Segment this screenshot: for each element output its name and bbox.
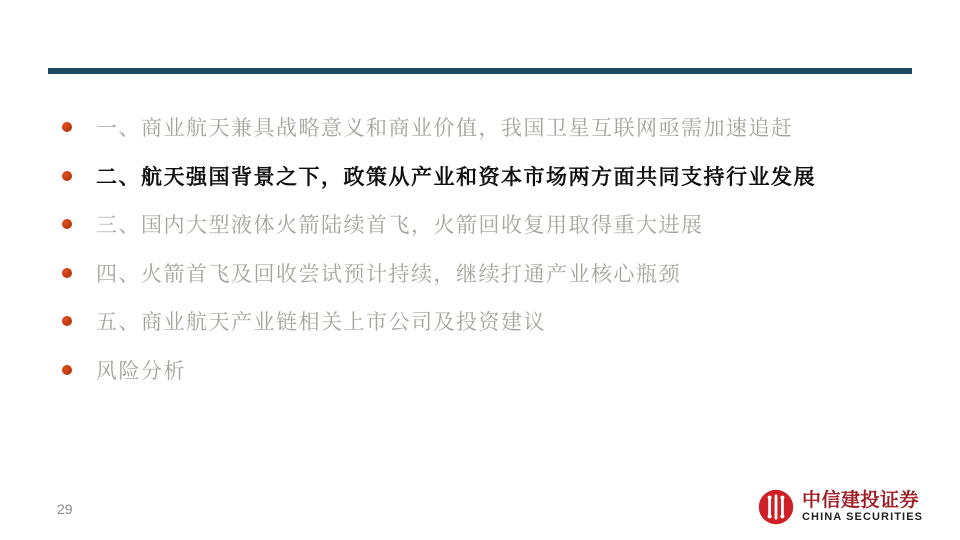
toc-item-risk: 风险分析 (62, 346, 922, 395)
toc-item-4: 四、火箭首飞及回收尝试预计持续，继续打通产业核心瓶颈 (62, 249, 922, 298)
bullet-icon (62, 365, 72, 375)
logo-cn-name: 中信建投证券 (802, 490, 923, 511)
page-number: 29 (57, 501, 73, 517)
citic-emblem-icon (758, 489, 794, 525)
toc-item-label: 二、航天强国背景之下，政策从产业和资本市场两方面共同支持行业发展 (96, 161, 816, 191)
logo-en-name: CHINA SECURITIES (802, 511, 923, 524)
toc-item-label: 五、商业航天产业链相关上市公司及投资建议 (96, 306, 546, 336)
table-of-contents: 一、商业航天兼具战略意义和商业价值，我国卫星互联网亟需加速追赶 二、航天强国背景… (62, 103, 922, 394)
bullet-icon (62, 316, 72, 326)
toc-item-2-active: 二、航天强国背景之下，政策从产业和资本市场两方面共同支持行业发展 (62, 152, 922, 201)
toc-item-5: 五、商业航天产业链相关上市公司及投资建议 (62, 297, 922, 346)
logo-wordmark: 中信建投证券 CHINA SECURITIES (802, 490, 923, 524)
bullet-icon (62, 219, 72, 229)
toc-item-label: 一、商业航天兼具战略意义和商业价值，我国卫星互联网亟需加速追赶 (96, 112, 794, 142)
bullet-icon (62, 171, 72, 181)
toc-item-label: 四、火箭首飞及回收尝试预计持续，继续打通产业核心瓶颈 (96, 258, 681, 288)
china-securities-logo: 中信建投证券 CHINA SECURITIES (758, 489, 923, 525)
slide-accent-bar (48, 68, 912, 74)
toc-item-label: 三、国内大型液体火箭陆续首飞，火箭回收复用取得重大进展 (96, 209, 704, 239)
toc-item-label: 风险分析 (96, 355, 186, 385)
toc-item-1: 一、商业航天兼具战略意义和商业价值，我国卫星互联网亟需加速追赶 (62, 103, 922, 152)
toc-item-3: 三、国内大型液体火箭陆续首飞，火箭回收复用取得重大进展 (62, 200, 922, 249)
bullet-icon (62, 268, 72, 278)
bullet-icon (62, 122, 72, 132)
